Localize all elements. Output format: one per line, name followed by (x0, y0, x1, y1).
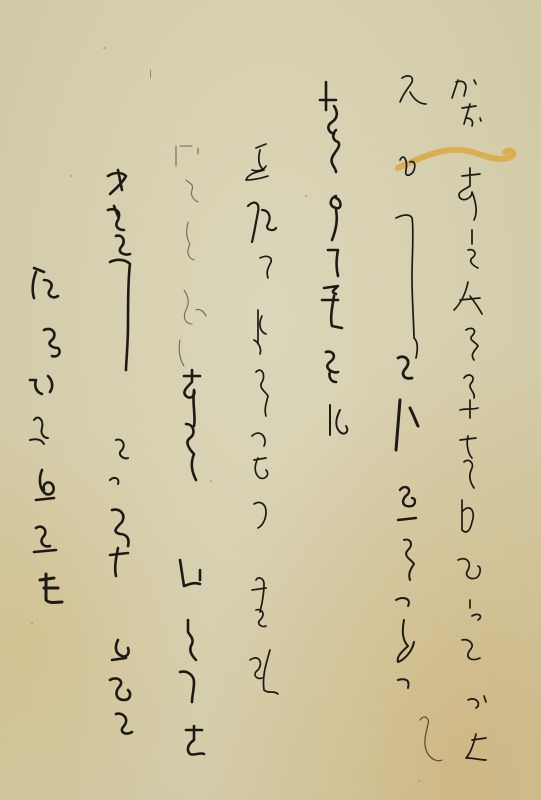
manuscript-page: かすみたつはるのやまへに みちのくのしのぶもぢずり たまのをよ ゆめのとしへなつ… (0, 0, 541, 800)
column-5 (176, 146, 206, 366)
column-7 (30, 268, 62, 603)
column-1 (452, 80, 486, 760)
column-4 (246, 144, 278, 694)
column-3 (320, 82, 347, 435)
calligraphy-ink (0, 0, 541, 800)
column-2 (396, 76, 442, 761)
column-6 (108, 170, 132, 734)
column-5-lower (180, 370, 204, 755)
